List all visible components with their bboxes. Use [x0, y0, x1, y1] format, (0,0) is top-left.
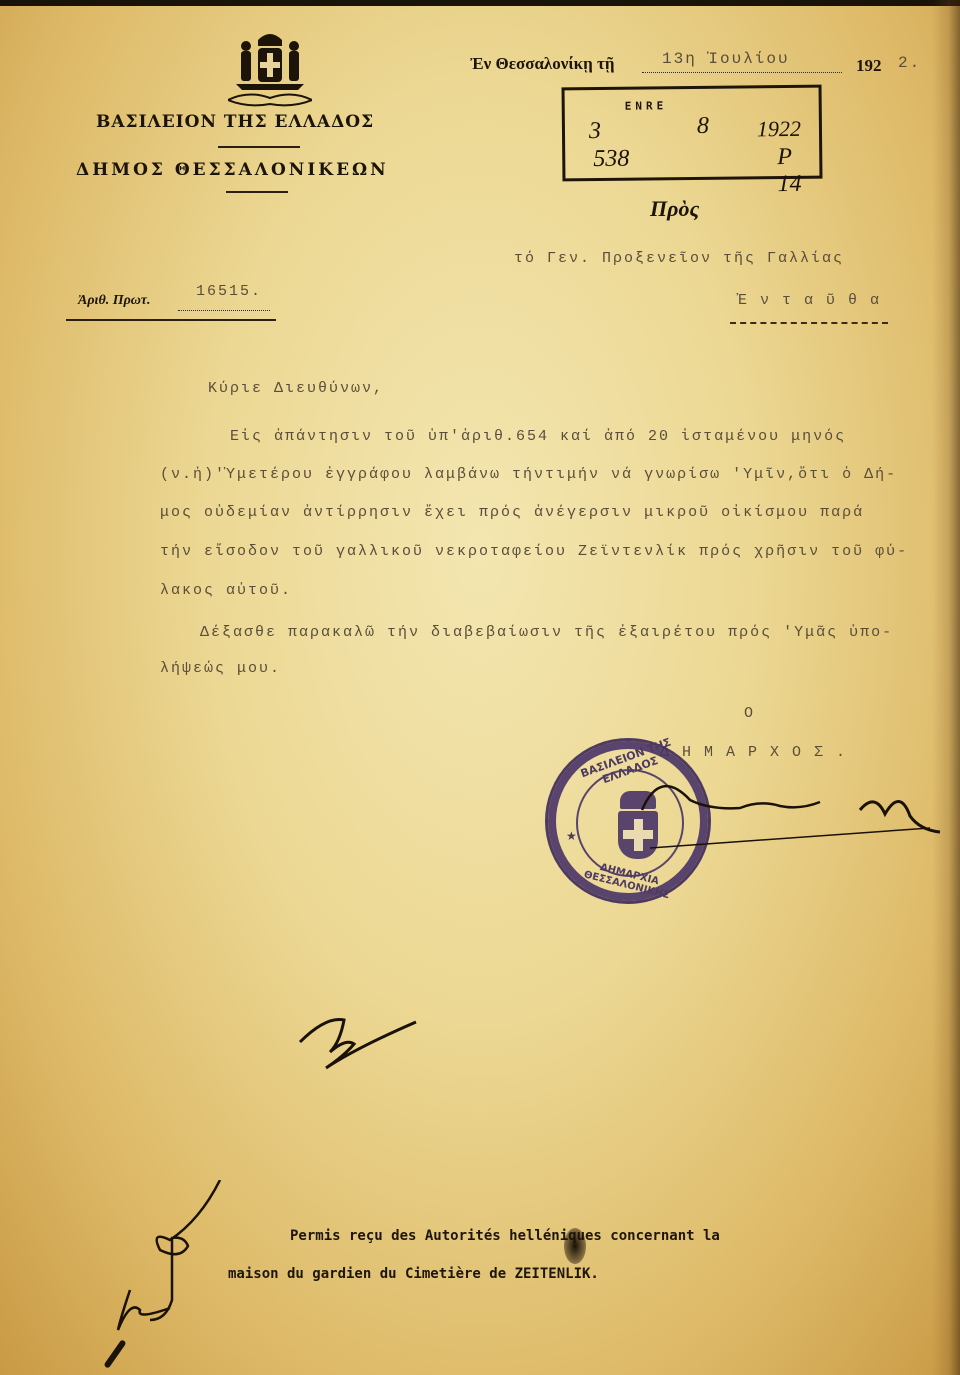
body-line: (ν.ἡ)'Ὑμετέρου ἐγγράφου λαμβάνω τήντιμήν… — [160, 466, 897, 483]
dateline-day-month: 13η Ἰουλίου — [662, 50, 790, 68]
salutation: Κύριε Διευθύνων, — [208, 380, 384, 397]
page-edge-shadow — [932, 0, 960, 1375]
stamp-day: 3 — [589, 118, 601, 145]
body-line: τήν εἴσοδον τοῦ γαλλικοῦ νεκροταφείου Ζε… — [160, 543, 908, 560]
closing-line: λήψεώς μου. — [160, 660, 281, 677]
registry-stamp: ENRE 3 8 1922 538 P 14 — [562, 85, 823, 182]
greek-royal-coat-of-arms-icon — [228, 28, 312, 110]
divider — [218, 146, 300, 148]
recipient-addressee: τό Γεν. Προξενεῖον τῆς Γαλλίας — [514, 250, 844, 267]
french-note-line: maison du gardien du Cimetière de ZEITEN… — [228, 1266, 599, 1282]
protocol-label: Ἀριθ. Πρωτ. — [78, 293, 150, 309]
body-line: μος οὐδεμίαν ἀντίρρησιν ἔχει πρός ἀνέγερ… — [160, 504, 864, 521]
photo-top-border — [0, 0, 960, 6]
recipient-location: Ἐ ν τ α ῦ θ α — [738, 292, 881, 309]
french-note-line: Permis reçu des Autorités helléniques co… — [290, 1228, 720, 1244]
stamp-ref: P 14 — [777, 144, 820, 198]
stamp-number: 538 — [593, 146, 629, 173]
ink-blot — [564, 1228, 586, 1264]
location-underline — [730, 322, 888, 324]
body-line: λακος αὐτοῦ. — [160, 582, 292, 599]
nail-icon — [103, 1339, 126, 1369]
divider — [226, 191, 288, 193]
signature-article: Ο — [744, 705, 755, 722]
municipality-heading: ΔΗΜΟΣ ΘΕΣΣΑΛΟΝΙΚΕΩΝ — [76, 160, 389, 180]
body-line: Εἰς ἀπάντησιν τοῦ ὑπ'ἀριθ.654 καί ἀπό 20… — [230, 428, 846, 445]
pros-label: Πρὸς — [650, 196, 699, 222]
dateline-year-printed: 192 — [856, 56, 882, 76]
bottom-signature-icon — [80, 1180, 240, 1340]
kingdom-heading: ΒΑΣΙΛΕΙΟΝ ΤΗΣ ΕΛΛΑΔΟΣ — [96, 112, 374, 132]
dateline-prefix: Ἐν Θεσσαλονίκῃ τῇ — [470, 54, 614, 74]
protocol-number: 16515. — [196, 283, 262, 300]
star-icon: ★ — [566, 829, 577, 844]
stamp-header: ENRE — [625, 99, 668, 112]
protocol-rule — [66, 319, 276, 321]
stamp-year: 1922 — [757, 116, 801, 142]
closing-line: Δέξασθε παρακαλῶ τήν διαβεβαίωσιν τῆς ἐξ… — [200, 624, 893, 641]
stamp-month: 8 — [697, 113, 709, 140]
initials-scribble-icon — [296, 1012, 436, 1082]
dateline-year-typed: 2. — [898, 54, 921, 72]
mayor-signature-icon — [630, 770, 950, 860]
